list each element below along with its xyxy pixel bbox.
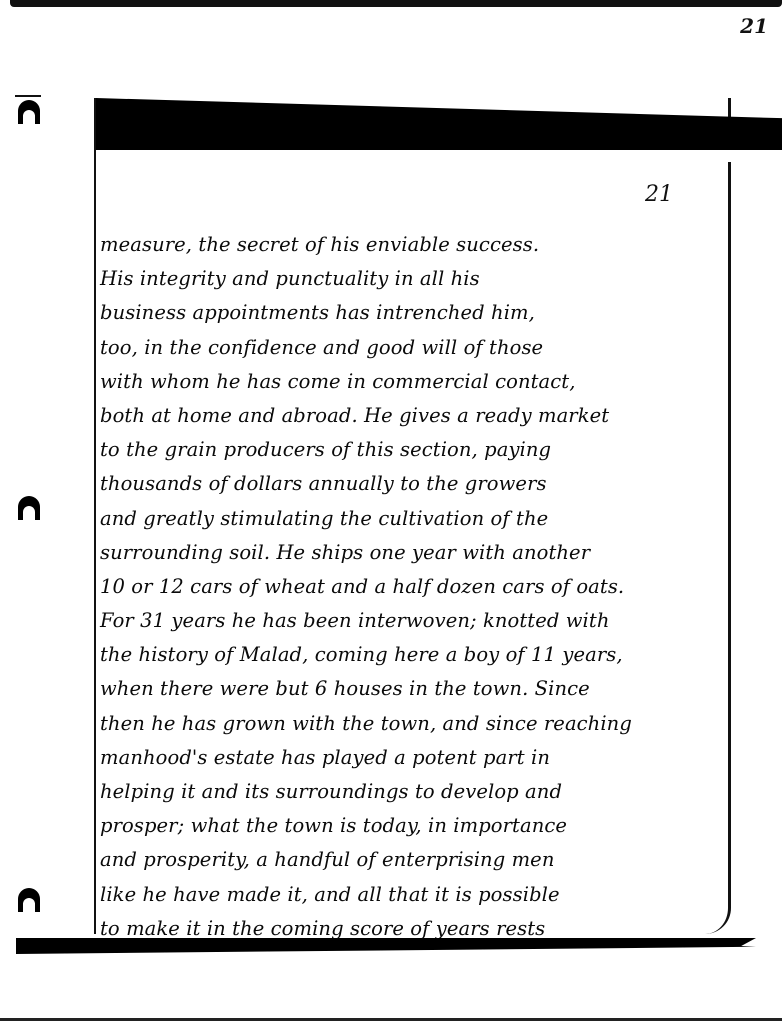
text-line: helping it and its surroundings to devel…: [100, 775, 720, 809]
text-line: surrounding soil. He ships one year with…: [100, 536, 720, 570]
text-line: For 31 years he has been interwoven; kno…: [100, 604, 720, 638]
text-line: the history of Malad, coming here a boy …: [100, 638, 720, 672]
page-bottom-shadow: [16, 938, 756, 954]
text-line: manhood's estate has played a potent par…: [100, 741, 720, 775]
binder-hole-mark: [15, 95, 41, 97]
binder-hole-icon: [18, 496, 40, 520]
text-line: 10 or 12 cars of wheat and a half dozen …: [100, 570, 720, 604]
text-line: measure, the secret of his enviable succ…: [100, 228, 720, 262]
text-line: to the grain producers of this section, …: [100, 433, 720, 467]
scan-bottom-edge: [0, 1018, 782, 1021]
text-line: and greatly stimulating the cultivation …: [100, 502, 720, 536]
text-line: prosper; what the town is today, in impo…: [100, 809, 720, 843]
scan-top-edge: [10, 0, 782, 7]
text-line: His integrity and punctuality in all his: [100, 262, 720, 296]
text-line: with whom he has come in commercial cont…: [100, 365, 720, 399]
corner-page-number: 21: [740, 14, 768, 38]
handwritten-text-body: measure, the secret of his enviable succ…: [100, 228, 720, 946]
page-top-shadow-gap: [96, 150, 782, 162]
text-line: and prosperity, a handful of enterprisin…: [100, 843, 720, 877]
text-line: like he have made it, and all that it is…: [100, 878, 720, 912]
text-line: too, in the confidence and good will of …: [100, 331, 720, 365]
binder-hole-icon: [18, 888, 40, 912]
handwritten-page-number: 21: [645, 182, 673, 207]
text-line: then he has grown with the town, and sin…: [100, 707, 720, 741]
text-line: when there were but 6 houses in the town…: [100, 672, 720, 706]
text-line: both at home and abroad. He gives a read…: [100, 399, 720, 433]
binder-hole-icon: [18, 100, 40, 124]
text-line: business appointments has intrenched him…: [100, 296, 720, 330]
text-line: thousands of dollars annually to the gro…: [100, 467, 720, 501]
